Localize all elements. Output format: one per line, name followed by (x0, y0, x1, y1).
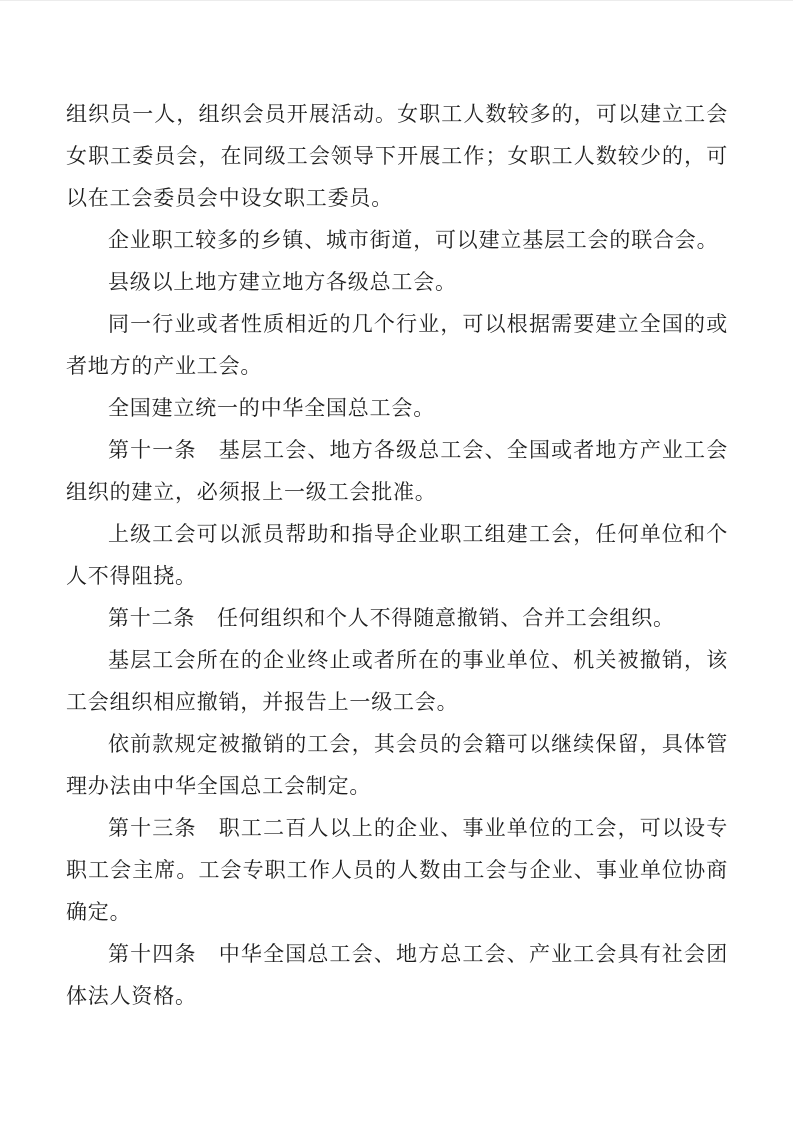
document-page: 组织员一人，组织会员开展活动。女职工人数较多的，可以建立工会女职工委员会，在同级… (0, 0, 793, 1122)
paragraph: 企业职工较多的乡镇、城市街道，可以建立基层工会的联合会。 (66, 219, 728, 261)
paragraph: 组织员一人，组织会员开展活动。女职工人数较多的，可以建立工会女职工委员会，在同级… (66, 93, 728, 219)
paragraph: 第十三条 职工二百人以上的企业、事业单位的工会，可以设专职工会主席。工会专职工作… (66, 807, 728, 933)
paragraph: 依前款规定被撤销的工会，其会员的会籍可以继续保留，具体管理办法由中华全国总工会制… (66, 723, 728, 807)
paragraph: 第十二条 任何组织和个人不得随意撤销、合并工会组织。 (66, 597, 728, 639)
paragraph: 同一行业或者性质相近的几个行业，可以根据需要建立全国的或者地方的产业工会。 (66, 303, 728, 387)
document-body: 组织员一人，组织会员开展活动。女职工人数较多的，可以建立工会女职工委员会，在同级… (66, 93, 728, 1017)
paragraph: 第十一条 基层工会、地方各级总工会、全国或者地方产业工会组织的建立，必须报上一级… (66, 429, 728, 513)
paragraph: 第十四条 中华全国总工会、地方总工会、产业工会具有社会团体法人资格。 (66, 933, 728, 1017)
paragraph: 基层工会所在的企业终止或者所在的事业单位、机关被撤销，该工会组织相应撤销，并报告… (66, 639, 728, 723)
paragraph: 全国建立统一的中华全国总工会。 (66, 387, 728, 429)
paragraph: 上级工会可以派员帮助和指导企业职工组建工会，任何单位和个人不得阻挠。 (66, 513, 728, 597)
paragraph: 县级以上地方建立地方各级总工会。 (66, 261, 728, 303)
